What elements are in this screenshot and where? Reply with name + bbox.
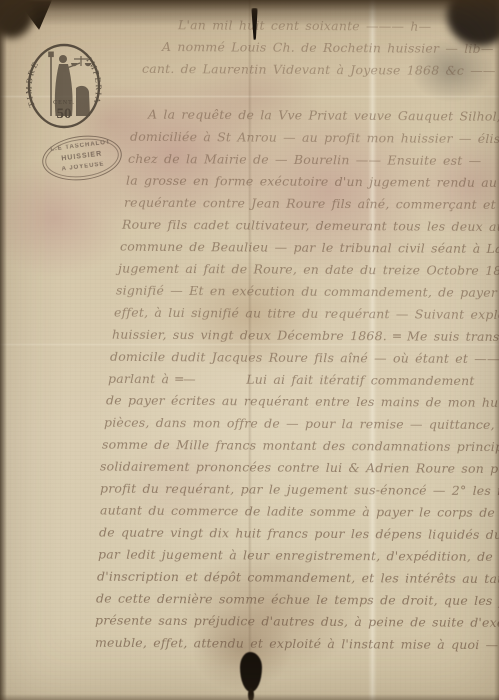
manuscript-line: commune de Beaulieu — par le tribunal ci…	[120, 239, 499, 257]
manuscript-line: d'inscription et dépôt commandement, et …	[97, 569, 499, 587]
manuscript-line: domiciliée à St Anrou — au profit mon hu…	[130, 129, 499, 146]
darkened-left-edge	[0, 0, 7, 700]
revenue-stamp-graphic: TIMBRE IMPERIAL CENT.	[26, 42, 102, 130]
manuscript-line: huissier, sus vingt deux Décembre 1868. …	[112, 327, 499, 345]
manuscript-line: meuble, effet, attendu et exploité à l'i…	[95, 635, 499, 653]
manuscript-line: Roure fils cadet cultivateur, demeurant …	[122, 217, 499, 235]
document-photo: L'an mil huit cent soixante ——— h—A nomm…	[0, 0, 499, 700]
manuscript-line: la grosse en forme exécutoire d'un jugem…	[126, 173, 499, 191]
manuscript-line: chez de la Mairie de — Bourelin —— Ensui…	[128, 151, 481, 168]
manuscript-line: effet, à lui signifié au titre du requér…	[114, 305, 499, 323]
manuscript-line: requérante contre Jean Roure fils aîné, …	[124, 195, 499, 213]
manuscript-line: jugement ai fait de Roure, en date du tr…	[118, 261, 499, 279]
manuscript-line: somme de Mille francs montant des condam…	[102, 437, 499, 455]
manuscript-line: pièces, dans mon offre de — pour la remi…	[104, 415, 499, 433]
manuscript-line: autant du commerce de ladite somme à pay…	[100, 502, 499, 520]
manuscript-line: profit du requérant, par le jugement sus…	[100, 481, 499, 499]
imperial-revenue-stamp: TIMBRE IMPERIAL CENT.	[26, 42, 102, 130]
darkened-top-edge	[0, 0, 499, 26]
manuscript-line: signifié — Et en exécution du commandeme…	[116, 283, 499, 301]
manuscript-line: domicile dudit Jacques Roure fils aîné —…	[110, 349, 499, 366]
manuscript-line: parlant à ═— Lui ai fait itératif comman…	[108, 371, 475, 388]
manuscript-line: de payer écrites au requérant entre les …	[106, 392, 499, 410]
manuscript-line: par ledit jugement à leur enregistrement…	[98, 547, 499, 565]
darkened-right-edge	[494, 0, 499, 700]
stamp-value: 50	[57, 106, 72, 122]
seated-figure	[76, 86, 90, 116]
manuscript-line: présente sans préjudice d'autres dus, à …	[95, 612, 499, 630]
manuscript-line: cant. de Laurentin Videvant à Joyeuse 18…	[142, 61, 496, 78]
manuscript-line: de cette dernière somme échue le temps d…	[96, 591, 499, 609]
darkened-bottom-edge	[0, 694, 499, 700]
manuscript-line: solidairement prononcées contre lui & Ad…	[100, 459, 499, 477]
manuscript-line: de quatre vingt dix huit francs pour les…	[99, 525, 499, 543]
manuscript-line: A nommé Louis Ch. de Rochetin huissier —…	[162, 39, 494, 56]
manuscript-line: A la requête de la Vve Privat veuve Gauq…	[148, 107, 499, 125]
